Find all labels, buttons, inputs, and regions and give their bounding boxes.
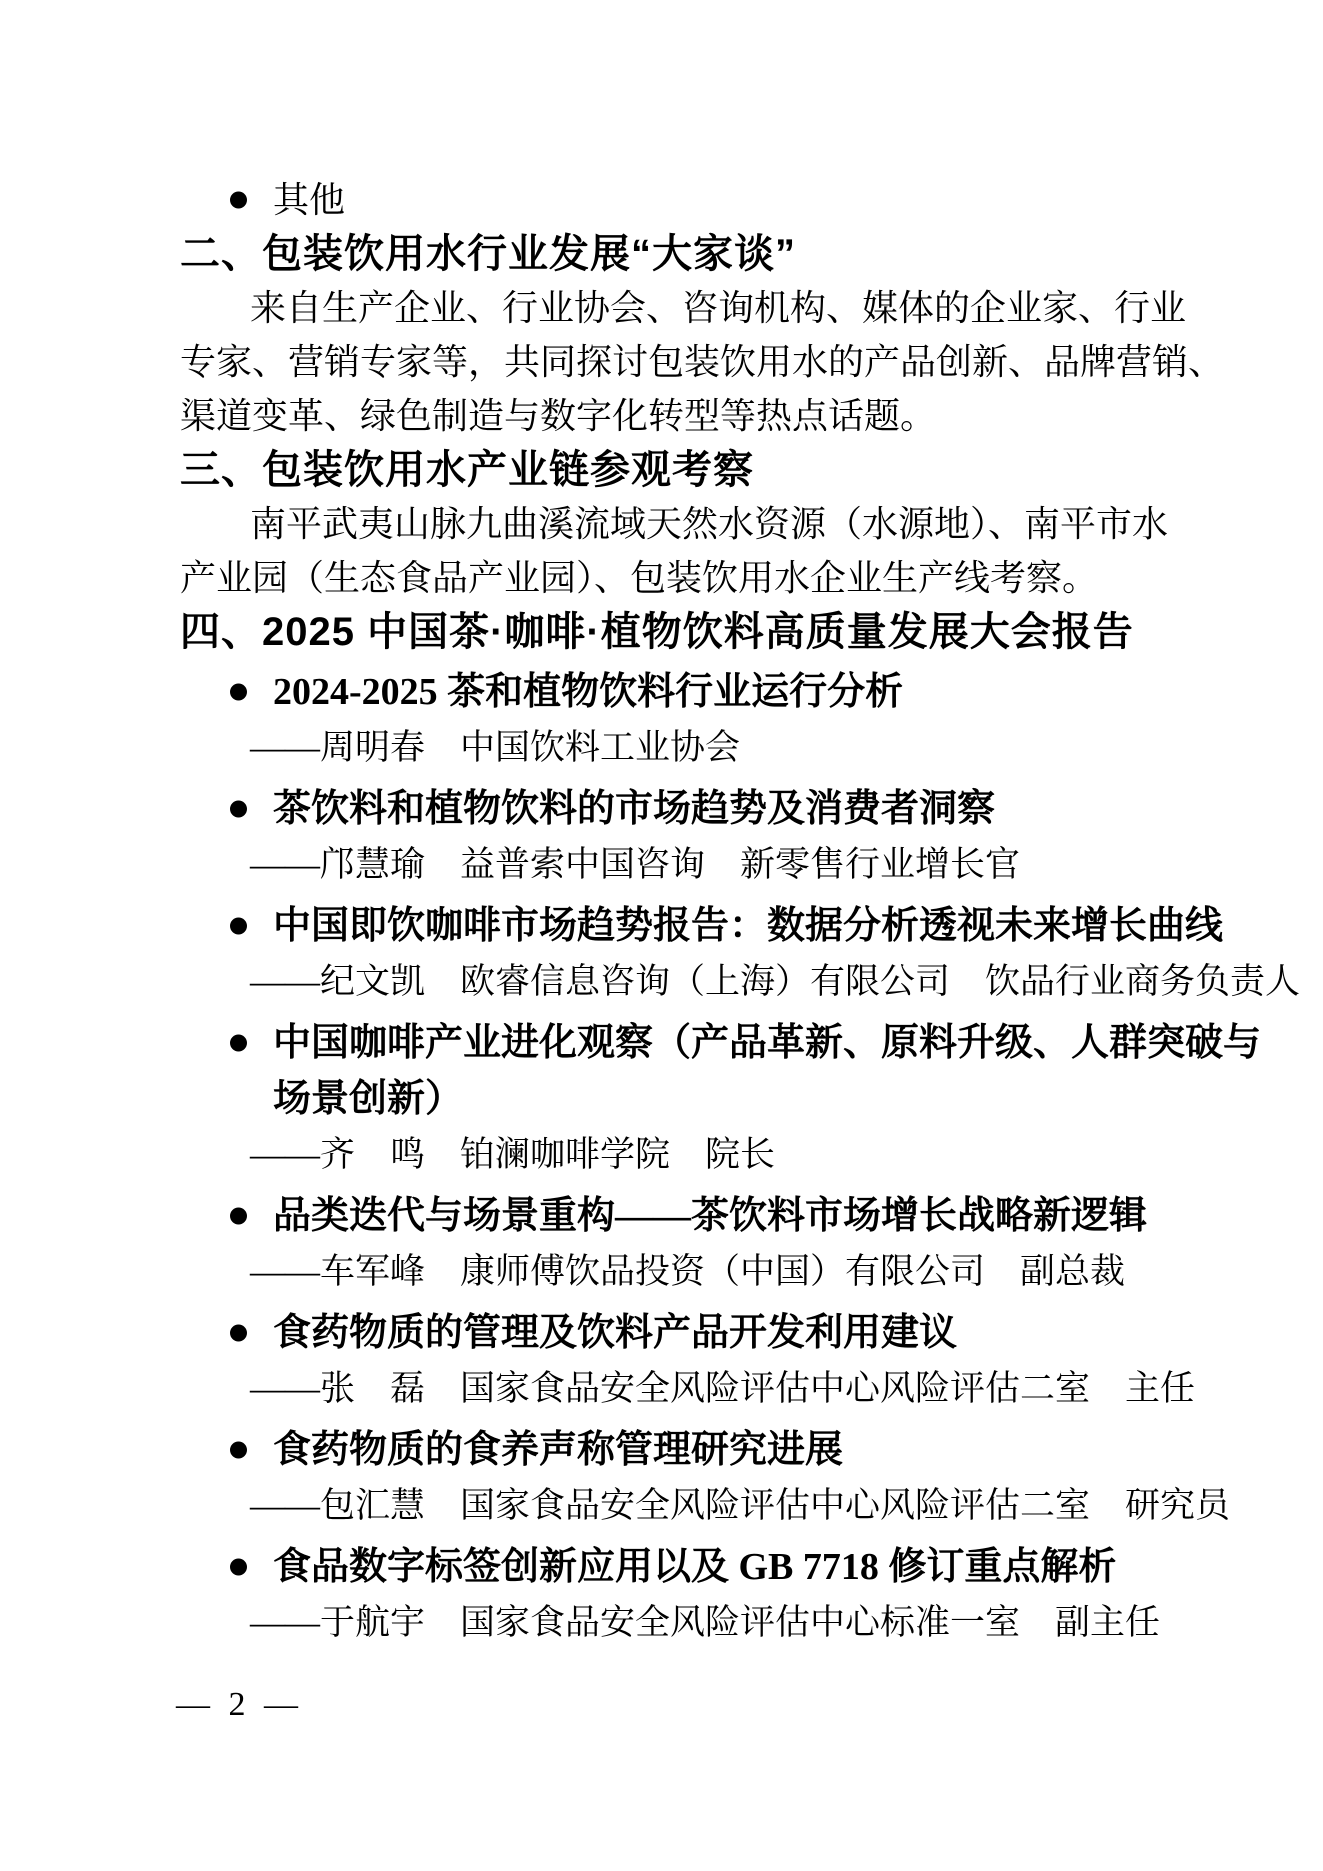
talk-speaker: ——车军峰 康师傅饮品投资（中国）有限公司 副总裁 (180, 1244, 1190, 1300)
talk-title: 食药物质的食养声称管理研究进展 (180, 1422, 1190, 1478)
talk-title-line: 2024-2025 茶和植物饮料行业运行分析 (273, 664, 1190, 720)
talk-item: 2024-2025 茶和植物饮料行业运行分析 ——周明春 中国饮料工业协会 (180, 664, 1190, 776)
bullet-icon (230, 1559, 247, 1576)
talk-speaker: ——张 磊 国家食品安全风险评估中心风险评估二室 主任 (180, 1361, 1190, 1417)
section-3-heading: 三、包装饮用水产业链参观考察 (180, 443, 1190, 497)
bullet-icon (230, 684, 247, 701)
talk-title: 中国即饮咖啡市场趋势报告：数据分析透视未来增长曲线 (180, 898, 1190, 954)
talk-item: 品类迭代与场景重构——茶饮料市场增长战略新逻辑 ——车军峰 康师傅饮品投资（中国… (180, 1188, 1190, 1300)
talk-speaker: ——于航宇 国家食品安全风险评估中心标准一室 副主任 (180, 1595, 1190, 1651)
bullet-icon (230, 1035, 247, 1052)
talk-speaker: ——包汇慧 国家食品安全风险评估中心风险评估二室 研究员 (180, 1478, 1190, 1534)
talk-speaker: ——邝慧瑜 益普索中国咨询 新零售行业增长官 (180, 837, 1190, 893)
talk-speaker: ——齐 鸣 铂澜咖啡学院 院长 (180, 1127, 1190, 1183)
talk-title: 品类迭代与场景重构——茶饮料市场增长战略新逻辑 (180, 1188, 1190, 1244)
talk-title-line: 食药物质的管理及饮料产品开发利用建议 (273, 1305, 1190, 1361)
talk-title-line: 中国即饮咖啡市场趋势报告：数据分析透视未来增长曲线 (273, 898, 1190, 954)
page-number: — 2 — (176, 1685, 303, 1725)
talk-title-line: 中国咖啡产业进化观察（产品革新、原料升级、人群突破与 (273, 1015, 1190, 1071)
talk-title-line: 食品数字标签创新应用以及 GB 7718 修订重点解析 (273, 1539, 1190, 1595)
bullet-icon (230, 1442, 247, 1459)
talk-speaker: ——周明春 中国饮料工业协会 (180, 720, 1190, 776)
talk-title-line: 品类迭代与场景重构——茶饮料市场增长战略新逻辑 (273, 1188, 1190, 1244)
talk-item: 食药物质的管理及饮料产品开发利用建议 ——张 磊 国家食品安全风险评估中心风险评… (180, 1305, 1190, 1417)
section-2-paragraph-line: 专家、营销专家等，共同探讨包装饮用水的产品创新、品牌营销、 (180, 335, 1190, 389)
talk-title: 食品数字标签创新应用以及 GB 7718 修订重点解析 (180, 1539, 1190, 1595)
talk-title-line: 食药物质的食养声称管理研究进展 (273, 1422, 1190, 1478)
section-3-paragraph-line: 产业园（生态食品产业园）、包装饮用水企业生产线考察。 (180, 551, 1190, 605)
bullet-icon (230, 801, 247, 818)
document-page: 其他 二、包装饮用水行业发展“大家谈” 来自生产企业、行业协会、咨询机构、媒体的… (0, 0, 1323, 1871)
talk-item: 食药物质的食养声称管理研究进展 ——包汇慧 国家食品安全风险评估中心风险评估二室… (180, 1422, 1190, 1534)
section-2-paragraph-line: 渠道变革、绿色制造与数字化转型等热点话题。 (180, 389, 1190, 443)
section-2-heading: 二、包装饮用水行业发展“大家谈” (180, 227, 1190, 281)
section-4-heading: 四、2025 中国茶·咖啡·植物饮料高质量发展大会报告 (180, 605, 1190, 659)
talk-title-line: 场景创新） (273, 1071, 1190, 1127)
list-item-other: 其他 (180, 173, 1190, 227)
talk-item: 茶饮料和植物饮料的市场趋势及消费者洞察 ——邝慧瑜 益普索中国咨询 新零售行业增… (180, 781, 1190, 893)
talk-item: 食品数字标签创新应用以及 GB 7718 修订重点解析 ——于航宇 国家食品安全… (180, 1539, 1190, 1651)
talk-speaker: ——纪文凯 欧睿信息咨询（上海）有限公司 饮品行业商务负责人 (180, 954, 1190, 1010)
list-item-other-text: 其他 (273, 180, 345, 220)
document-content: 其他 二、包装饮用水行业发展“大家谈” 来自生产企业、行业协会、咨询机构、媒体的… (180, 173, 1190, 1651)
talk-title: 食药物质的管理及饮料产品开发利用建议 (180, 1305, 1190, 1361)
bullet-icon (230, 192, 247, 209)
section-2-paragraph-line: 来自生产企业、行业协会、咨询机构、媒体的企业家、行业 (180, 281, 1190, 335)
talk-item: 中国咖啡产业进化观察（产品革新、原料升级、人群突破与 场景创新） ——齐 鸣 铂… (180, 1015, 1190, 1183)
bullet-icon (230, 1208, 247, 1225)
talk-title: 2024-2025 茶和植物饮料行业运行分析 (180, 664, 1190, 720)
talk-item: 中国即饮咖啡市场趋势报告：数据分析透视未来增长曲线 ——纪文凯 欧睿信息咨询（上… (180, 898, 1190, 1010)
section-3-paragraph-line: 南平武夷山脉九曲溪流域天然水资源（水源地）、南平市水 (180, 497, 1190, 551)
talk-title: 茶饮料和植物饮料的市场趋势及消费者洞察 (180, 781, 1190, 837)
bullet-icon (230, 1325, 247, 1342)
bullet-icon (230, 918, 247, 935)
talk-title-line: 茶饮料和植物饮料的市场趋势及消费者洞察 (273, 781, 1190, 837)
talk-title: 中国咖啡产业进化观察（产品革新、原料升级、人群突破与 场景创新） (180, 1015, 1190, 1127)
